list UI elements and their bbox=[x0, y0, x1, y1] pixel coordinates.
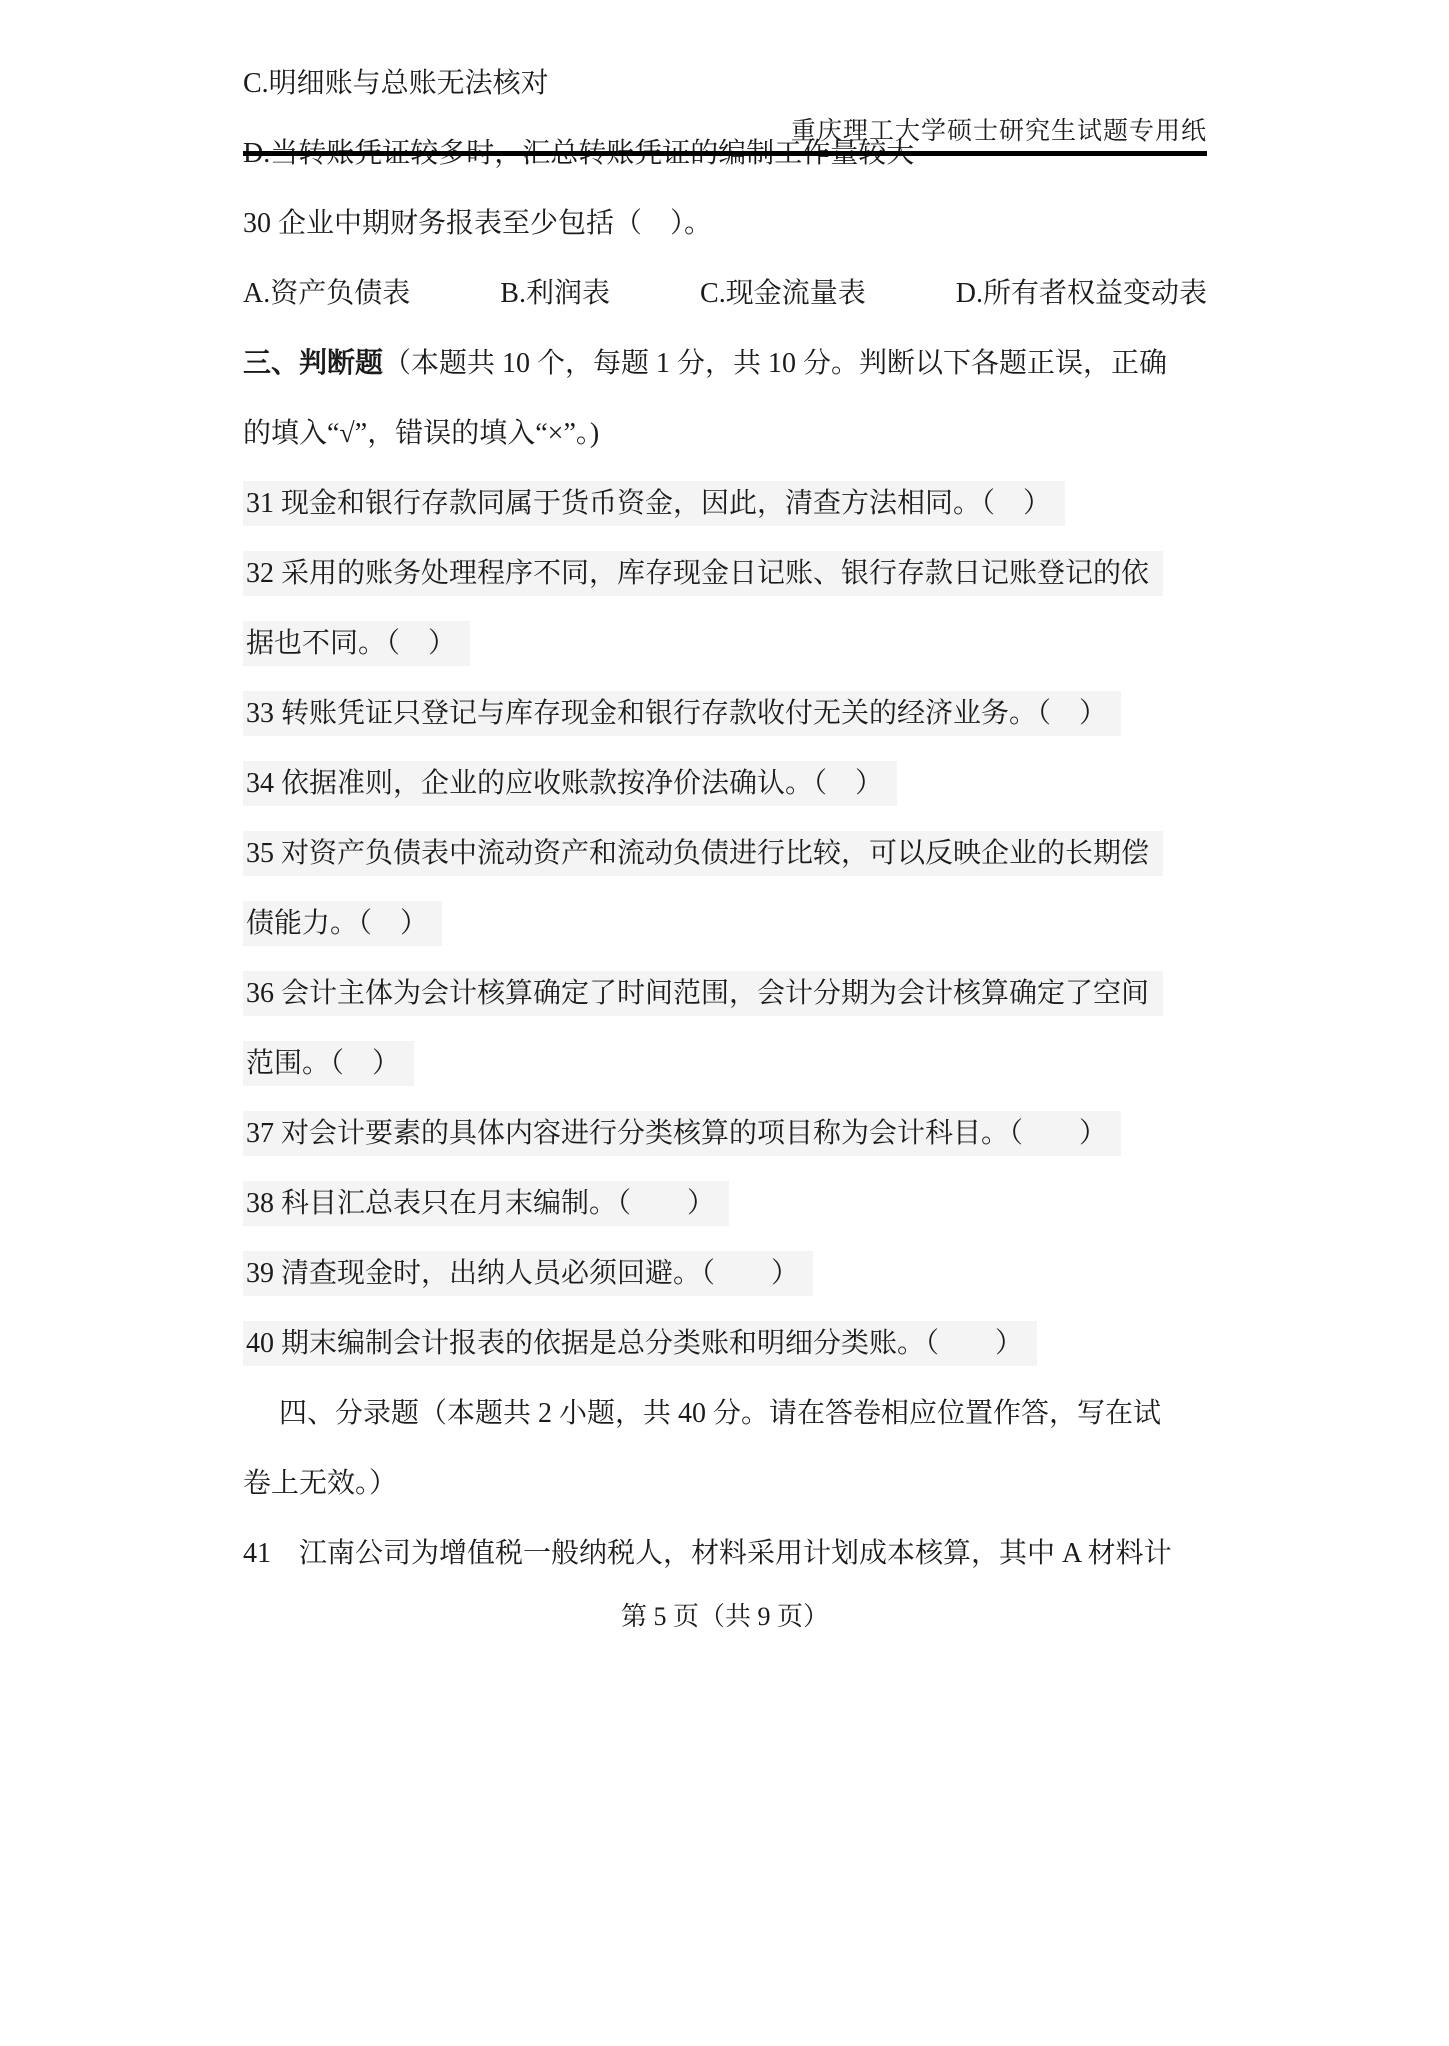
question-33-text: 33 转账凭证只登记与库存现金和银行存款收付无关的经济业务。（ ） bbox=[243, 691, 1121, 736]
question-31: 31 现金和银行存款同属于货币资金，因此，清查方法相同。（ ） bbox=[243, 469, 1207, 539]
page-content: C.明细账与总账无法核对 D.当转账凭证较多时，汇总转账凭证的编制工作量较大 3… bbox=[243, 49, 1207, 1637]
question-36-line-1-text: 36 会计主体为会计核算确定了时间范围，会计分期为会计核算确定了空间 bbox=[243, 971, 1163, 1016]
question-30-option-c: C.现金流量表 bbox=[700, 259, 866, 329]
question-34-text: 34 依据准则，企业的应收账款按净价法确认。（ ） bbox=[243, 761, 897, 806]
section-3-heading: 三、判断题（本题共 10 个，每题 1 分，共 10 分。判断以下各题正误，正确 bbox=[243, 329, 1207, 399]
question-35-line-1-text: 35 对资产负债表中流动资产和流动负债进行比较，可以反映企业的长期偿 bbox=[243, 831, 1163, 876]
section-4-instructions-line-2-text: 卷上无效。） bbox=[243, 1468, 397, 1499]
question-37: 37 对会计要素的具体内容进行分类核算的项目称为会计科目。（ ） bbox=[243, 1099, 1207, 1169]
question-39: 39 清查现金时，出纳人员必须回避。（ ） bbox=[243, 1239, 1207, 1309]
question-40-text: 40 期末编制会计报表的依据是总分类账和明细分类账。（ ） bbox=[243, 1321, 1037, 1366]
section-4-heading-text: 四、分录题（本题共 2 小题，共 40 分。请在答卷相应位置作答，写在试 bbox=[279, 1398, 1161, 1429]
section-3-instructions-line-2: 的填入“√”，错误的填入“×”。) bbox=[243, 399, 1207, 469]
question-30-options: A.资产负债表 B.利润表 C.现金流量表 D.所有者权益变动表 bbox=[243, 259, 1207, 329]
question-38-text: 38 科目汇总表只在月末编制。（ ） bbox=[243, 1181, 729, 1226]
question-35-line-2-text: 债能力。（ ） bbox=[243, 901, 442, 946]
section-3-heading-title: 三、判断题 bbox=[243, 348, 383, 379]
question-39-text: 39 清查现金时，出纳人员必须回避。（ ） bbox=[243, 1251, 813, 1296]
question-30-stem: 30 企业中期财务报表至少包括（ ）。 bbox=[243, 189, 1207, 259]
question-32-line-2-text: 据也不同。（ ） bbox=[243, 621, 470, 666]
question-30-stem-text: 30 企业中期财务报表至少包括（ ）。 bbox=[243, 208, 712, 239]
question-31-text: 31 现金和银行存款同属于货币资金，因此，清查方法相同。（ ） bbox=[243, 481, 1065, 526]
question-32-line-2: 据也不同。（ ） bbox=[243, 609, 1207, 679]
section-4-instructions-line-2: 卷上无效。） bbox=[243, 1449, 1207, 1519]
exam-paper-page: 重庆理工大学硕士研究生试题专用纸 C.明细账与总账无法核对 D.当转账凭证较多时… bbox=[0, 0, 1449, 2046]
section-4-heading: 四、分录题（本题共 2 小题，共 40 分。请在答卷相应位置作答，写在试 bbox=[243, 1379, 1207, 1449]
question-36-line-1: 36 会计主体为会计核算确定了时间范围，会计分期为会计核算确定了空间 bbox=[243, 959, 1207, 1029]
header-rule bbox=[243, 151, 1207, 156]
page-header: 重庆理工大学硕士研究生试题专用纸 bbox=[243, 0, 1207, 156]
question-30-option-b: B.利润表 bbox=[500, 259, 610, 329]
question-30-option-d: D.所有者权益变动表 bbox=[956, 259, 1207, 329]
question-35-line-2: 债能力。（ ） bbox=[243, 889, 1207, 959]
question-36-line-2: 范围。（ ） bbox=[243, 1029, 1207, 1099]
section-3-heading-instructions: （本题共 10 个，每题 1 分，共 10 分。判断以下各题正误，正确 bbox=[383, 348, 1167, 379]
question-41-line-1-text: 41 江南公司为增值税一般纳税人，材料采用计划成本核算，其中 A 材料计 bbox=[243, 1538, 1172, 1569]
page-number-indicator: 第 5 页（共 9 页） bbox=[243, 1597, 1207, 1637]
question-33: 33 转账凭证只登记与库存现金和银行存款收付无关的经济业务。（ ） bbox=[243, 679, 1207, 749]
question-41-line-1: 41 江南公司为增值税一般纳税人，材料采用计划成本核算，其中 A 材料计 bbox=[243, 1519, 1207, 1589]
question-37-text: 37 对会计要素的具体内容进行分类核算的项目称为会计科目。（ ） bbox=[243, 1111, 1121, 1156]
question-40: 40 期末编制会计报表的依据是总分类账和明细分类账。（ ） bbox=[243, 1309, 1207, 1379]
paper-header-title: 重庆理工大学硕士研究生试题专用纸 bbox=[243, 0, 1207, 146]
question-32-line-1: 32 采用的账务处理程序不同，库存现金日记账、银行存款日记账登记的依 bbox=[243, 539, 1207, 609]
question-30-option-a: A.资产负债表 bbox=[243, 259, 410, 329]
question-38: 38 科目汇总表只在月末编制。（ ） bbox=[243, 1169, 1207, 1239]
section-3-instructions-line-2-text: 的填入“√”，错误的填入“×”。) bbox=[243, 418, 599, 449]
question-36-line-2-text: 范围。（ ） bbox=[243, 1041, 414, 1086]
question-35-line-1: 35 对资产负债表中流动资产和流动负债进行比较，可以反映企业的长期偿 bbox=[243, 819, 1207, 889]
question-34: 34 依据准则，企业的应收账款按净价法确认。（ ） bbox=[243, 749, 1207, 819]
question-32-line-1-text: 32 采用的账务处理程序不同，库存现金日记账、银行存款日记账登记的依 bbox=[243, 551, 1163, 596]
